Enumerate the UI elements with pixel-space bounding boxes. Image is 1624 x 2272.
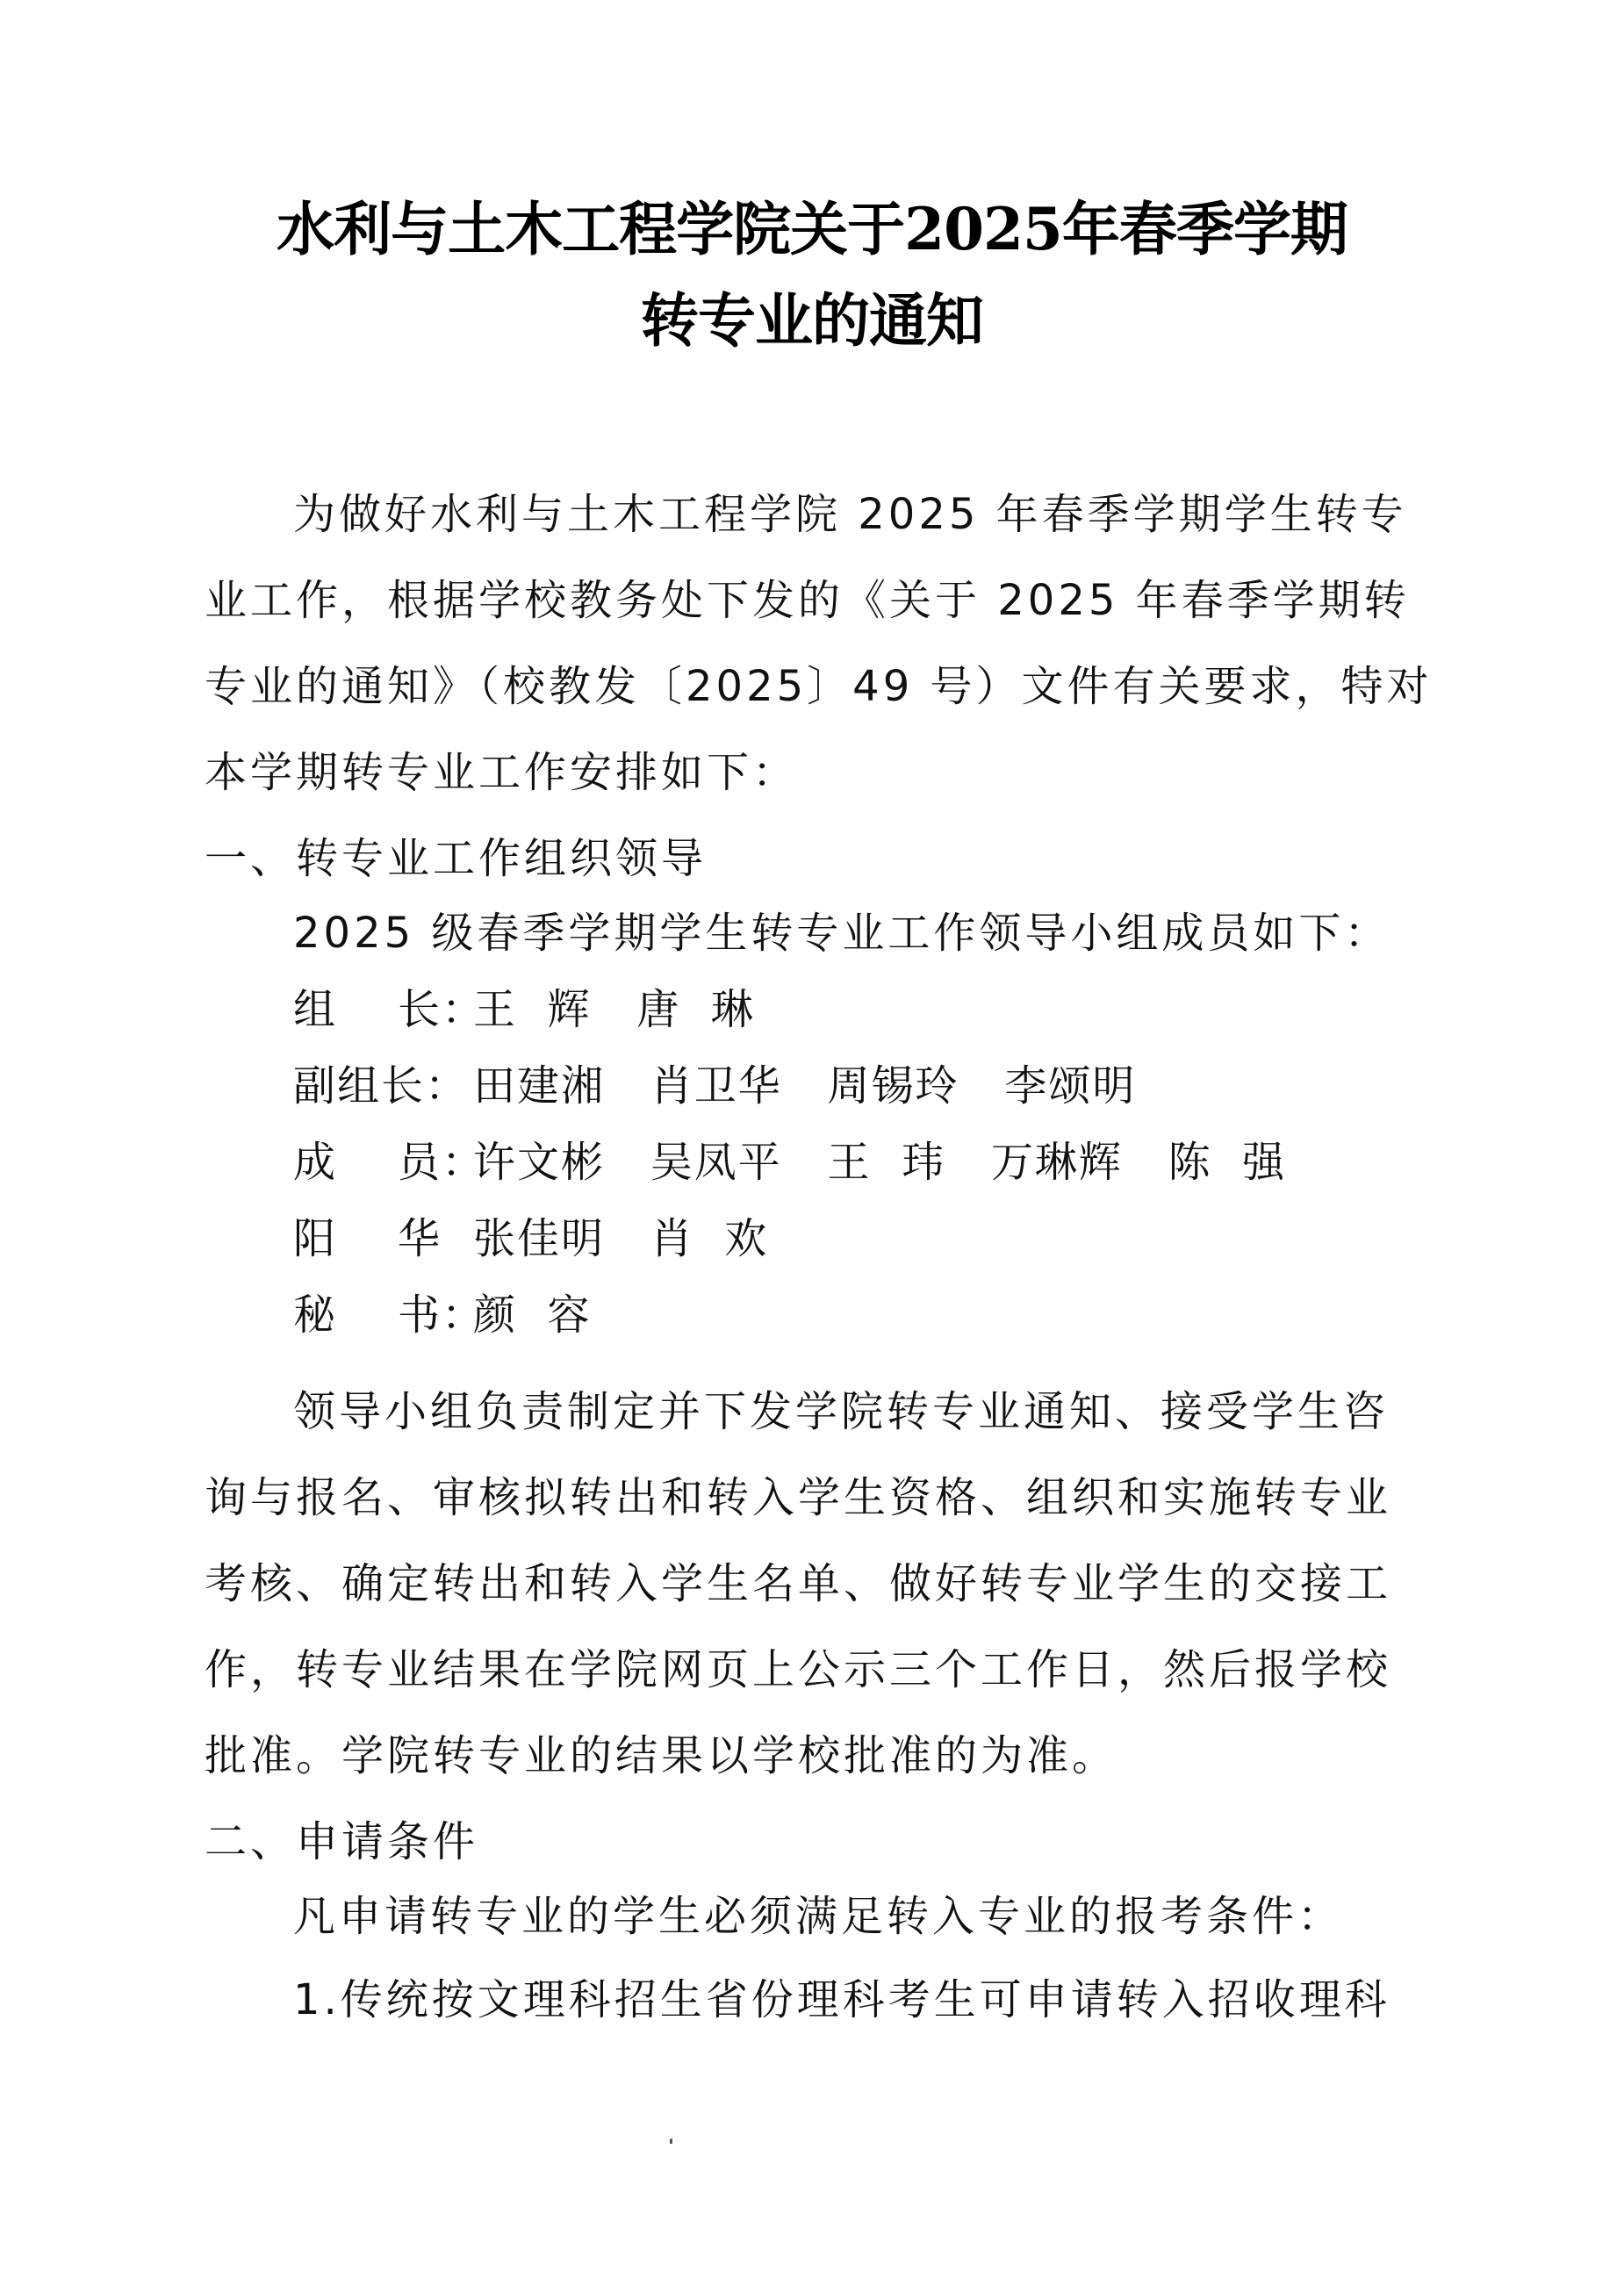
document-title-line-2: 转专业的通知	[0, 274, 1624, 357]
roster-row-secretary: 秘 书： 颜 容	[293, 1289, 592, 1341]
roster-label: 阳 华	[293, 1212, 473, 1265]
duties-line-5: 批准。学院转专业的结果以学校批准的为准。	[205, 1729, 1363, 1782]
roster-row-deputy: 副组长： 田建湘 肖卫华 周锡玲 李颂明	[293, 1060, 1136, 1112]
section-1-lead: 2025 级春季学期学生转专业工作领导小组成员如下：	[293, 907, 1452, 960]
intro-line-4: 本学期转专业工作安排如下：	[205, 746, 1363, 799]
intro-line-1: 为做好水利与土木工程学院 2025 年春季学期学生转专	[293, 488, 1452, 541]
roster-row-leader: 组 长： 王 辉 唐 琳	[293, 983, 755, 1036]
roster-label: 组 长：	[293, 983, 473, 1036]
intro-line-3: 专业的通知》（校教发〔2025〕49 号）文件有关要求，特对	[205, 660, 1363, 713]
section-2-item-1: 1.传统按文理科招生省份理科考生可申请转入招收理科	[293, 1974, 1452, 2026]
roster-names: 王 辉 唐 琳	[473, 983, 755, 1036]
duties-line-2: 询与报名、审核拟转出和转入学生资格、组织和实施转专业	[205, 1471, 1363, 1524]
document-title-line-1: 水利与土木工程学院关于2025年春季学期	[0, 183, 1624, 266]
scan-dot-mark	[670, 2139, 672, 2144]
roster-label: 副组长：	[293, 1060, 473, 1112]
section-2-lead: 凡申请转专业的学生必须满足转入专业的报考条件：	[293, 1890, 1452, 1943]
document-page: 水利与土木工程学院关于2025年春季学期 转专业的通知 为做好水利与土木工程学院…	[0, 0, 1624, 2272]
intro-line-2: 业工作，根据学校教务处下发的《关于 2025 年春季学期转	[205, 574, 1363, 627]
roster-label: 成 员：	[293, 1136, 473, 1189]
roster-names: 颜 容	[473, 1289, 592, 1341]
duties-line-3: 考核、确定转出和转入学生名单、做好转专业学生的交接工	[205, 1557, 1363, 1610]
duties-line-1: 领导小组负责制定并下发学院转专业通知、接受学生咨	[293, 1385, 1452, 1438]
roster-names: 许文彬 吴凤平 王 玮 万琳辉 陈 强	[473, 1136, 1286, 1189]
roster-row-members-cont: 阳 华 张佳明 肖 欢	[293, 1212, 768, 1265]
roster-row-members: 成 员： 许文彬 吴凤平 王 玮 万琳辉 陈 强	[293, 1136, 1286, 1189]
duties-line-4: 作，转专业结果在学院网页上公示三个工作日，然后报学校	[205, 1643, 1363, 1696]
roster-label: 秘 书：	[293, 1289, 473, 1341]
section-1-heading: 一、转专业工作组织领导	[205, 832, 1363, 885]
roster-names: 田建湘 肖卫华 周锡玲 李颂明	[473, 1060, 1136, 1112]
roster-names: 张佳明 肖 欢	[473, 1212, 768, 1265]
section-2-heading: 二、申请条件	[205, 1815, 1363, 1868]
